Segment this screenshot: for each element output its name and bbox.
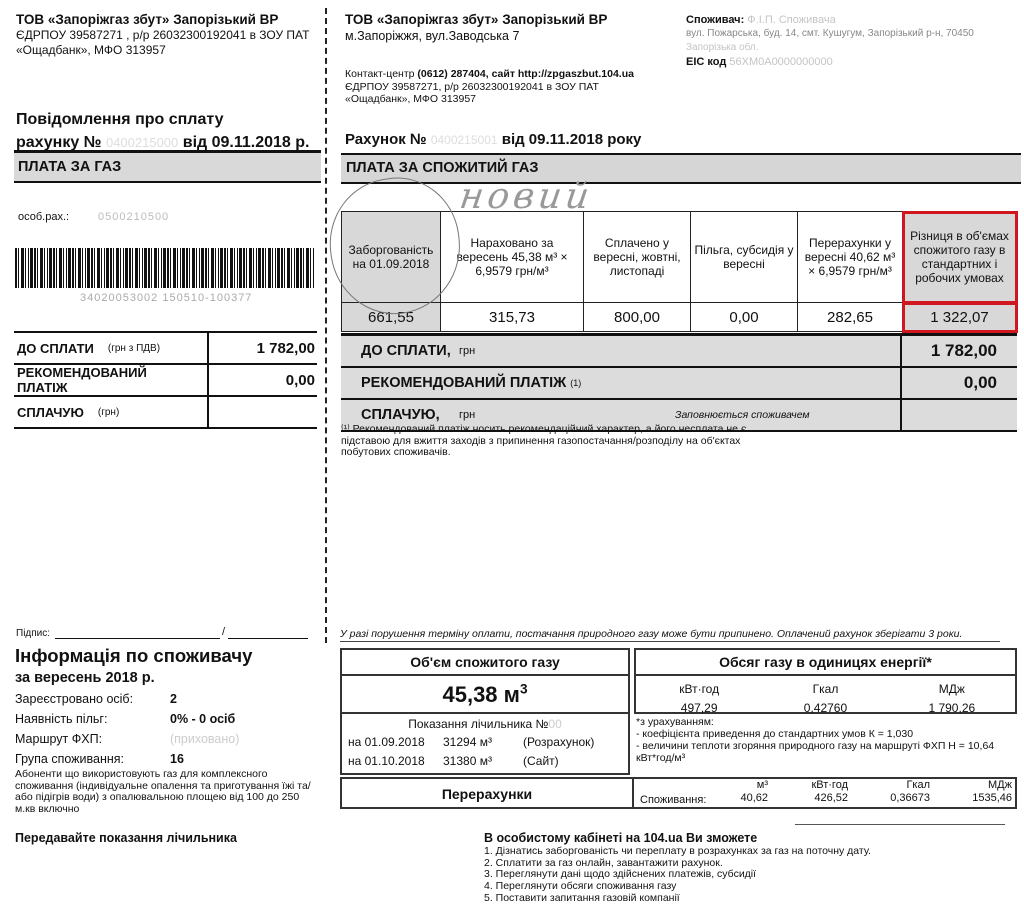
charges-value-row: 661,55 315,73 800,00 0,00 282,65 1 322,0…	[342, 303, 1017, 332]
stub-payment-row: РЕКОМЕНДОВАНИЙ ПЛАТІЖ 0,00	[14, 365, 317, 397]
gas-volume-box: Об'єм спожитого газу 45,38 м3	[340, 648, 630, 714]
consumer-address: вул. Пожарська, буд. 14, смт. Кушугум, З…	[686, 27, 1016, 41]
recalc-col: МДж1535,46	[930, 779, 1012, 807]
info-label: Група споживання:	[15, 752, 124, 766]
stub-section-title: ПЛАТА ЗА ГАЗ	[14, 150, 321, 183]
cabinet-title: В особистому кабінеті на 104.ua Ви зможе…	[484, 831, 1004, 846]
value-paid: 800,00	[584, 303, 691, 332]
energy-col: МДж1 790,26	[897, 680, 1007, 718]
col-header-charged: Нараховано за вересень 45,38 м³ × 6,9579…	[441, 212, 584, 303]
account-label: особ.рах.:	[18, 211, 69, 223]
info-label: Маршрут ФХП:	[15, 732, 102, 746]
stub-requisites: ЄДРПОУ 39587271 , р/р 26032300192041 в З…	[16, 28, 316, 58]
notice-prefix: рахунку №	[16, 134, 102, 151]
gas-volume-value: 45,38 м3	[342, 676, 628, 714]
notice-date: від 09.11.2018 р.	[183, 134, 310, 151]
recalculations-box: Перерахунки Споживання: м³40,62 кВт·год4…	[340, 777, 1017, 809]
info-label: Наявність пільг:	[15, 712, 107, 726]
consumer-address-redacted: Запорізька обл.	[686, 41, 1016, 55]
stub-payment-row: ДО СПЛАТИ(грн з ПДВ) 1 782,00	[14, 333, 317, 365]
supply-suspension-warning: У разі порушення терміну оплати, постача…	[340, 628, 1000, 642]
col-header-paid: Сплачено у вересні, жовтні, листопаді	[584, 212, 691, 303]
invoice-payment-table: ДО СПЛАТИ, грн 1 782,00 РЕКОМЕНДОВАНИЙ П…	[341, 333, 1017, 432]
recalc-col: м³40,62	[730, 779, 768, 807]
consumer-info-period: за вересень 2018 р.	[15, 670, 155, 686]
recalc-col: Гкал0,36673	[848, 779, 930, 807]
value-charged: 315,73	[441, 303, 584, 332]
invoice-section-title: ПЛАТА ЗА СПОЖИТИЙ ГАЗ	[341, 153, 1021, 184]
col-header-recalc: Перерахунки у вересні 40,62 м³ × 6,9579 …	[798, 212, 903, 303]
invoice-payment-label: РЕКОМЕНДОВАНИЙ ПЛАТІЖ (1)	[341, 368, 902, 398]
contact-phone-site: (0612) 287404, сайт http://zpgaszbut.104…	[417, 68, 634, 80]
account-number-redacted: 0500210500	[98, 211, 169, 223]
filled-by-consumer-note: Заповнюється споживачем	[675, 409, 810, 421]
invoice-number-title: Рахунок № 0400215001 від 09.11.2018 року	[345, 131, 641, 148]
info-value-redacted: (приховано)	[170, 732, 239, 746]
personal-cabinet-info: В особистому кабінеті на 104.ua Ви зможе…	[484, 831, 1004, 905]
signature-line[interactable]	[55, 638, 220, 639]
stub-payment-label: РЕКОМЕНДОВАНИЙ ПЛАТІЖ	[14, 365, 209, 395]
invoice-payment-row: ДО СПЛАТИ, грн 1 782,00	[341, 336, 1017, 368]
notice-line-1: Повідомлення про сплату	[16, 108, 316, 131]
stub-payment-value: 0,00	[209, 372, 317, 389]
barcode	[15, 248, 315, 288]
energy-volume-box: Обсяг газу в одиницях енергії* кВт·год49…	[634, 648, 1017, 714]
consumer-block: Споживач: Ф.І.П. Споживача вул. Пожарськ…	[686, 13, 1016, 69]
stub-payment-row: СПЛАЧУЮ(грн)	[14, 397, 317, 429]
recalc-row-label: Споживання:	[634, 794, 730, 807]
energy-volume-title: Обсяг газу в одиницях енергії*	[636, 650, 1015, 676]
invoice-company-address: м.Запоріжжя, вул.Заводська 7	[345, 29, 519, 43]
invoice-company-name: ТОВ «Запоріжгаз збут» Запорізький ВР	[345, 12, 607, 27]
eic-value-redacted: 56XM0A0000000000	[729, 56, 832, 68]
stub-payment-label: ДО СПЛАТИ(грн з ПДВ)	[14, 333, 209, 363]
signature-slash: /	[222, 626, 225, 638]
stub-payment-table: ДО СПЛАТИ(грн з ПДВ) 1 782,00 РЕКОМЕНДОВ…	[14, 331, 317, 429]
invoice-recommended-payment: 0,00	[902, 373, 1017, 393]
divider	[795, 824, 1005, 825]
value-subsidy: 0,00	[691, 303, 798, 332]
recommended-payment-footnote: ⁽¹⁾ Рекомендований платіж носить рекомен…	[341, 424, 781, 459]
col-header-volume-difference: Різниця в об'ємах спожитого газу в станд…	[903, 212, 1017, 303]
stub-notice-title: Повідомлення про сплату рахунку № 040021…	[16, 108, 316, 154]
meter-reading-row: на 01.09.201831294 м³(Розрахунок)	[342, 733, 628, 752]
info-label: Зареєстровано осіб:	[15, 692, 133, 706]
cabinet-item: 5. Поставити запитання газовій компанії	[484, 893, 1004, 905]
tear-off-dashed-line	[325, 8, 327, 643]
notice-number-redacted: 0400215000	[106, 135, 178, 150]
signature-label: Підпис:	[16, 628, 50, 639]
gas-volume-title: Об'єм спожитого газу	[342, 650, 628, 676]
meter-title: Показання лічильника №00	[342, 715, 628, 733]
stub-company-name: ТОВ «Запоріжгаз збут» Запорізький ВР	[16, 12, 278, 27]
contact-prefix: Контакт-центр	[345, 68, 415, 80]
recalc-col: кВт·год426,52	[768, 779, 848, 807]
stub-payment-label: СПЛАЧУЮ(грн)	[14, 397, 209, 427]
cabinet-item: 1. Дізнатись заборгованість чи переплату…	[484, 846, 1004, 858]
invoice-contact-block: Контакт-центр (0612) 287404, сайт http:/…	[345, 68, 665, 106]
col-header-subsidy: Пільга, субсидія у вересні	[691, 212, 798, 303]
value-volume-difference: 1 322,07	[903, 303, 1017, 332]
invoice-payment-label: ДО СПЛАТИ, грн	[341, 336, 902, 366]
info-value: 0% - 0 осіб	[170, 712, 235, 726]
info-value: 16	[170, 752, 184, 766]
invoice-payment-row: РЕКОМЕНДОВАНИЙ ПЛАТІЖ (1) 0,00	[341, 368, 1017, 400]
consumer-label: Споживач:	[686, 14, 744, 26]
meter-readings-box: Показання лічильника №00 на 01.09.201831…	[340, 713, 630, 775]
stub-payment-value: 1 782,00	[209, 340, 317, 357]
energy-calculation-note: *з урахуванням: - коефіцієнта приведення…	[636, 716, 1016, 764]
meter-reading-row: на 01.10.201831380 м³(Сайт)	[342, 752, 628, 771]
consumption-group-description: Абоненти що використовують газ для компл…	[15, 769, 315, 815]
consumer-info-title: Інформація по споживачу	[15, 645, 252, 667]
transmit-readings-note: Передавайте показання лічильника	[15, 831, 237, 845]
energy-col: Гкал0,42760	[770, 680, 880, 718]
recalculations-title: Перерахунки	[342, 779, 634, 807]
info-value: 2	[170, 692, 177, 706]
invoice-number-redacted: 0400215001	[431, 133, 498, 147]
eic-label: EIC код	[686, 56, 726, 68]
value-recalc: 282,65	[798, 303, 903, 332]
signature-name-line[interactable]	[228, 638, 308, 639]
invoice-amount-due: 1 782,00	[902, 341, 1017, 361]
barcode-number-redacted: 34020053002 150510-100377	[80, 292, 252, 304]
energy-col: кВт·год497,29	[644, 680, 754, 718]
invoice-requisites: ЄДРПОУ 39587271, р/р 26032300192041 в ЗО…	[345, 81, 599, 106]
consumer-name-redacted: Ф.І.П. Споживача	[747, 14, 835, 26]
handwritten-note: новий	[457, 176, 595, 217]
